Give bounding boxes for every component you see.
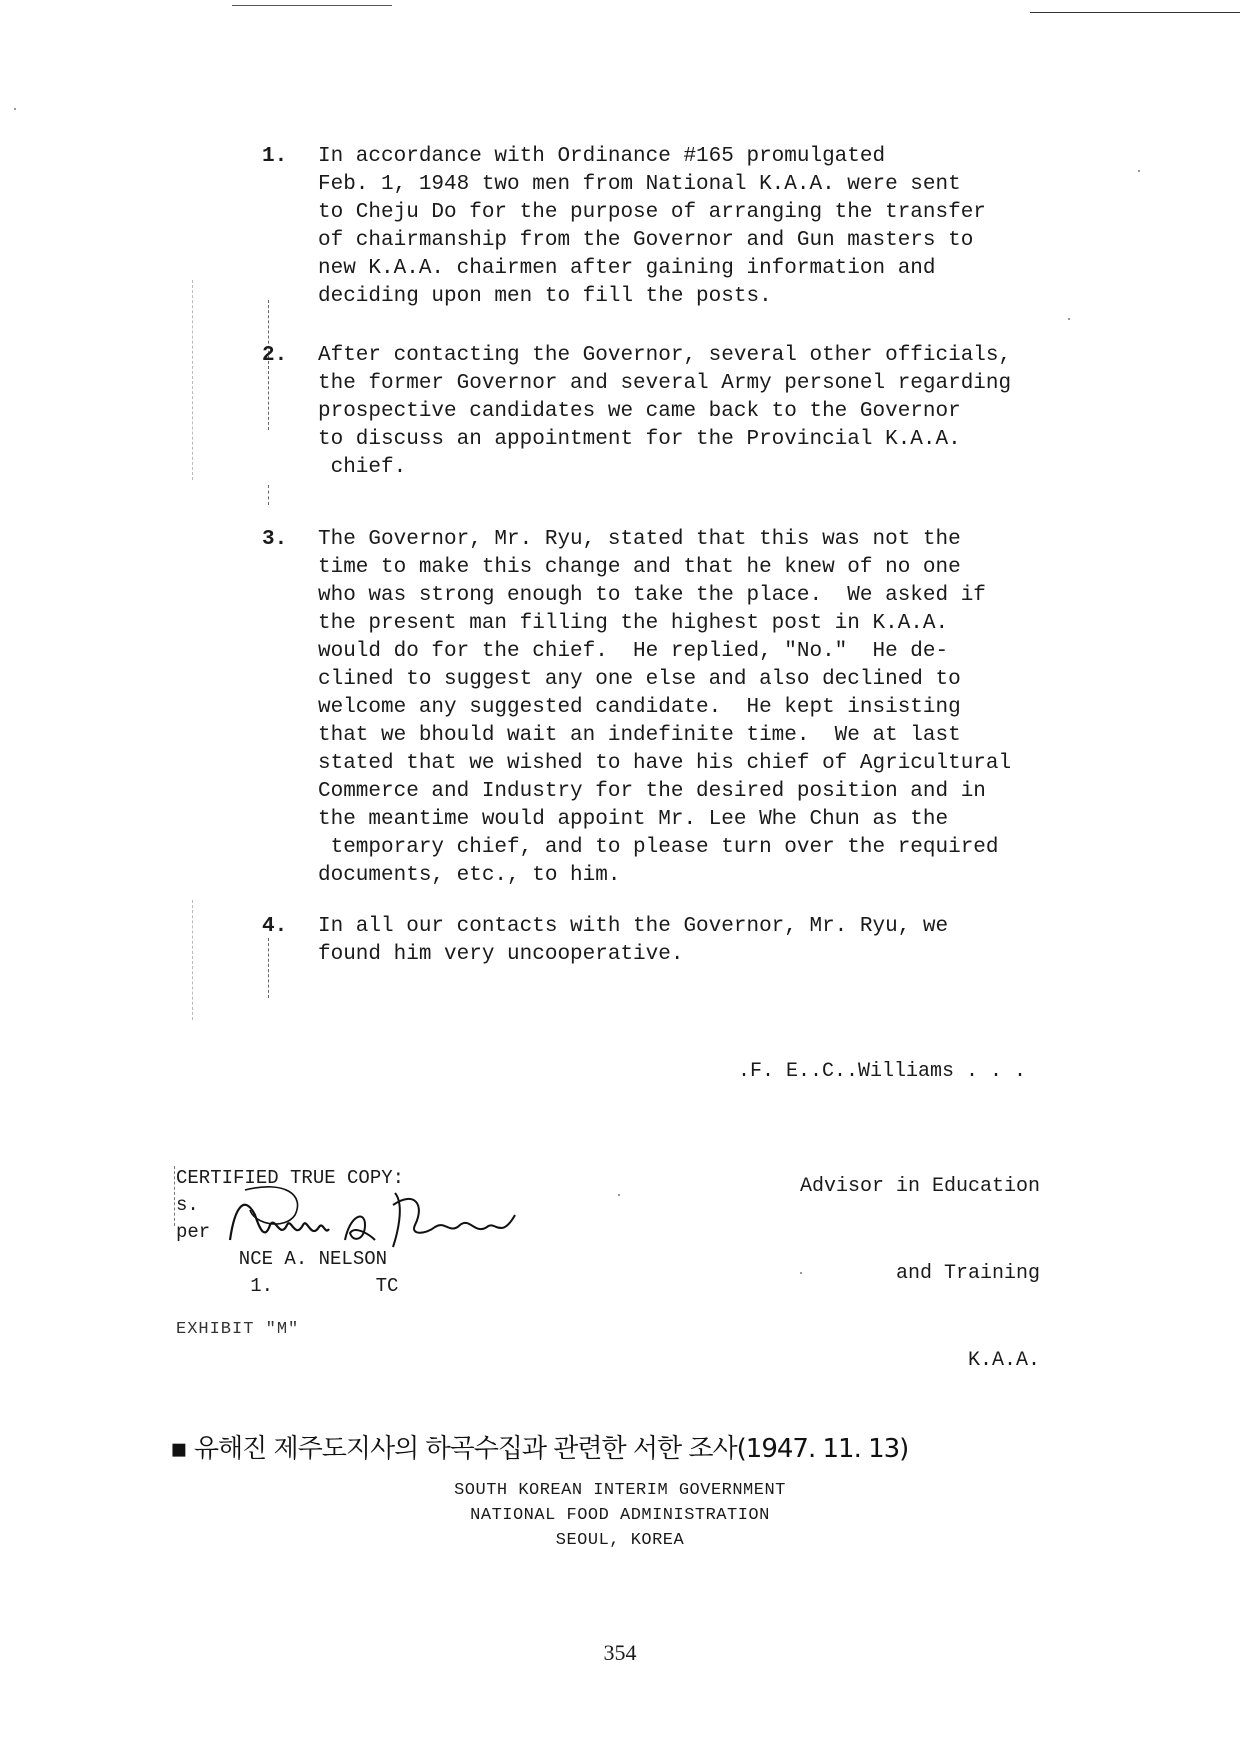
paragraph-number: 2.: [262, 342, 287, 370]
paragraph-line: In accordance with Ordinance #165 promul…: [262, 143, 1122, 171]
margin-mark: [192, 900, 193, 1020]
signatory-name: .F. E..C..Williams . . .: [738, 1060, 1026, 1083]
cert-border: [174, 1166, 175, 1226]
paragraph-line: In all our contacts with the Governor, M…: [262, 913, 1122, 941]
paragraph-line: the meantime would appoint Mr. Lee Whe C…: [262, 806, 1122, 834]
paragraph-line: the present man filling the highest post…: [262, 610, 1122, 638]
margin-mark: [268, 485, 269, 505]
paragraph-line: temporary chief, and to please turn over…: [262, 834, 1122, 862]
paragraph-line: to discuss an appointment for the Provin…: [262, 426, 1122, 454]
paragraph-number: 1.: [262, 143, 287, 171]
title-line: K.A.A.: [800, 1346, 1040, 1375]
korean-caption: ▪ 유해진 제주도지사의 하곡수집과 관련한 서한 조사(1947. 11. 1…: [170, 1428, 908, 1465]
scan-artifact-top-right: [1030, 12, 1240, 13]
paragraph-line: After contacting the Governor, several o…: [262, 342, 1122, 370]
paragraph-3: 3. The Governor, Mr. Ryu, stated that th…: [262, 526, 1122, 890]
speck: [1068, 318, 1070, 320]
paragraph-line: found him very uncooperative.: [262, 941, 1122, 969]
letterhead-line: SOUTH KOREAN INTERIM GOVERNMENT: [0, 1478, 1240, 1503]
margin-mark: [192, 280, 193, 480]
paragraph-line: Commerce and Industry for the desired po…: [262, 778, 1122, 806]
paragraph-line: welcome any suggested candidate. He kept…: [262, 694, 1122, 722]
speck: [1138, 170, 1140, 172]
paragraph-line: stated that we wished to have his chief …: [262, 750, 1122, 778]
paragraph-line: documents, etc., to him.: [262, 862, 1122, 890]
paragraph-line: deciding upon men to fill the posts.: [262, 283, 1122, 311]
title-line: and Training: [800, 1259, 1040, 1288]
paragraph-number: 4.: [262, 913, 287, 941]
paragraph-line: the former Governor and several Army per…: [262, 370, 1122, 398]
letterhead: SOUTH KOREAN INTERIM GOVERNMENT NATIONAL…: [0, 1478, 1240, 1553]
handwritten-signature: [225, 1185, 525, 1265]
letterhead-line: SEOUL, KOREA: [0, 1528, 1240, 1553]
paragraph-4: 4. In all our contacts with the Governor…: [262, 913, 1122, 969]
paragraph-2: 2. After contacting the Governor, severa…: [262, 342, 1122, 482]
paragraph-line: new K.A.A. chairmen after gaining inform…: [262, 255, 1122, 283]
speck: [618, 1194, 620, 1196]
paragraph-line: chief.: [262, 454, 1122, 482]
exhibit-label: EXHIBIT "M": [176, 1320, 299, 1339]
paragraph-line: of chairmanship from the Governor and Gu…: [262, 227, 1122, 255]
letterhead-line: NATIONAL FOOD ADMINISTRATION: [0, 1503, 1240, 1528]
paragraph-line: The Governor, Mr. Ryu, stated that this …: [262, 526, 1122, 554]
paragraph-1: 1. In accordance with Ordinance #165 pro…: [262, 143, 1122, 311]
paragraph-line: would do for the chief. He replied, "No.…: [262, 638, 1122, 666]
page-number: 354: [0, 1640, 1240, 1666]
speck: [14, 108, 16, 110]
rank-line: 1. TC: [176, 1273, 404, 1300]
paragraph-line: clined to suggest any one else and also …: [262, 666, 1122, 694]
paragraph-line: who was strong enough to take the place.…: [262, 582, 1122, 610]
paragraph-line: that we bhould wait an indefinite time. …: [262, 722, 1122, 750]
signature-icon: [225, 1185, 525, 1260]
paragraph-line: prospective candidates we came back to t…: [262, 398, 1122, 426]
paragraph-line: time to make this change and that he kne…: [262, 554, 1122, 582]
paragraph-line: Feb. 1, 1948 two men from National K.A.A…: [262, 171, 1122, 199]
scan-artifact-top-left: [232, 5, 392, 6]
title-line: Advisor in Education: [800, 1172, 1040, 1201]
paragraph-number: 3.: [262, 526, 287, 554]
signatory-title: Advisor in Education and Training K.A.A.: [800, 1114, 1040, 1404]
paragraph-line: to Cheju Do for the purpose of arranging…: [262, 199, 1122, 227]
